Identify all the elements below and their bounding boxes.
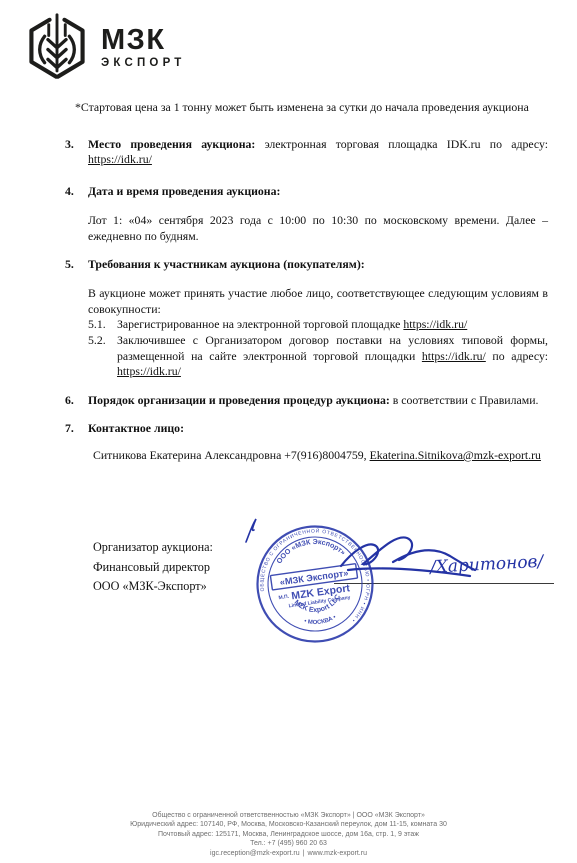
logo-subtitle: ЭКСПОРТ [101,57,186,70]
item-number: 5. [65,257,88,380]
stamp-mp-text: М.П. [278,594,290,601]
footer-legal-address: Юридический адрес: 107140, РФ, Москва, М… [0,820,577,829]
list-item-3: 3. Место проведения аукциона: электронна… [40,137,548,168]
sub-item-number: 5.2. [88,333,117,380]
list-item-7: 7. Контактное лицо: [40,421,548,437]
sub-item-number: 5.1. [88,317,117,333]
footer-company-line: Общество с ограниченной ответственностью… [0,811,577,820]
pen-mark-icon [242,516,260,551]
organizer-line: Организатор аукциона: [93,538,213,558]
logo-title: МЗК [101,25,186,55]
item-title: Контактное лицо: [88,421,184,435]
wheat-hexagon-icon [24,13,90,81]
item-number: 6. [65,393,88,409]
item-number: 7. [65,421,88,437]
signature-block: Организатор аукциона: Финансовый директо… [0,516,577,706]
item-number: 4. [65,184,88,245]
contact-paragraph: Ситникова Екатерина Александровна +7(916… [40,448,548,464]
idk-link[interactable]: https://idk.ru/ [117,364,181,378]
sub-item-text-2: по адресу: [486,349,548,363]
list-item-4: 4. Дата и время проведения аукциона: Лот… [40,184,548,245]
idk-link[interactable]: https://idk.ru/ [403,317,467,331]
item-text: электронная торговая площадка IDK.ru по … [255,137,548,151]
item-title: Требования к участникам аукциона (покупа… [88,257,365,271]
item-title: Дата и время проведения аукциона: [88,184,280,198]
lot-paragraph: Лот 1: «04» сентября 2023 года с 10:00 п… [88,213,548,244]
organizer-role: Финансовый директор [93,558,213,578]
footer-postal-address: Почтовый адрес: 125171, Москва, Ленингра… [0,830,577,839]
sub-item-5-2: 5.2. Заключившее с Организатором договор… [88,333,548,380]
footer-contacts-line: igc.reception@mzk-export.ru|www.mzk-expo… [0,849,577,858]
intro-paragraph: *Стартовая цена за 1 тонну может быть из… [40,100,548,116]
document-footer: Общество с ограниченной ответственностью… [0,811,577,858]
footer-phone: Тел.: +7 (495) 960 20 63 [0,839,577,848]
footer-website-link[interactable]: www.mzk-export.ru [307,850,367,857]
document-body: *Стартовая цена за 1 тонну может быть из… [40,100,548,464]
organizer-block: Организатор аукциона: Финансовый директо… [93,538,213,597]
footer-email-link[interactable]: igc.reception@mzk-export.ru [210,850,300,857]
stamp-city-text: • МОСКВА • [303,614,338,628]
idk-link[interactable]: https://idk.ru/ [422,349,486,363]
item-title: Место проведения аукциона: [88,137,255,151]
list-item-5: 5. Требования к участникам аукциона (пок… [40,257,548,380]
company-logo: МЗК ЭКСПОРТ [24,13,186,81]
contact-email-link[interactable]: Ekaterina.Sitnikova@mzk-export.ru [370,448,541,462]
item-text: в соответствии с Правилами. [390,393,539,407]
item-number: 3. [65,137,88,168]
organizer-company: ООО «МЗК-Экспорт» [93,577,213,597]
logo-wordmark: МЗК ЭКСПОРТ [101,25,186,70]
sub-item-text: Зарегистрированное на электронной торгов… [117,317,403,331]
requirements-paragraph: В аукционе может принять участие любое л… [88,286,548,317]
item-title: Порядок организации и проведения процеду… [88,393,390,407]
list-item-6: 6. Порядок организации и проведения проц… [40,393,548,409]
contact-person: Ситникова Екатерина Александровна +7(916… [93,448,370,462]
document-page: МЗК ЭКСПОРТ *Стартовая цена за 1 тонну м… [0,0,577,863]
sub-item-5-1: 5.1. Зарегистрированное на электронной т… [88,317,548,333]
idk-link[interactable]: https://idk.ru/ [88,152,152,166]
svg-text:• МОСКВА •: • МОСКВА • [303,614,338,628]
